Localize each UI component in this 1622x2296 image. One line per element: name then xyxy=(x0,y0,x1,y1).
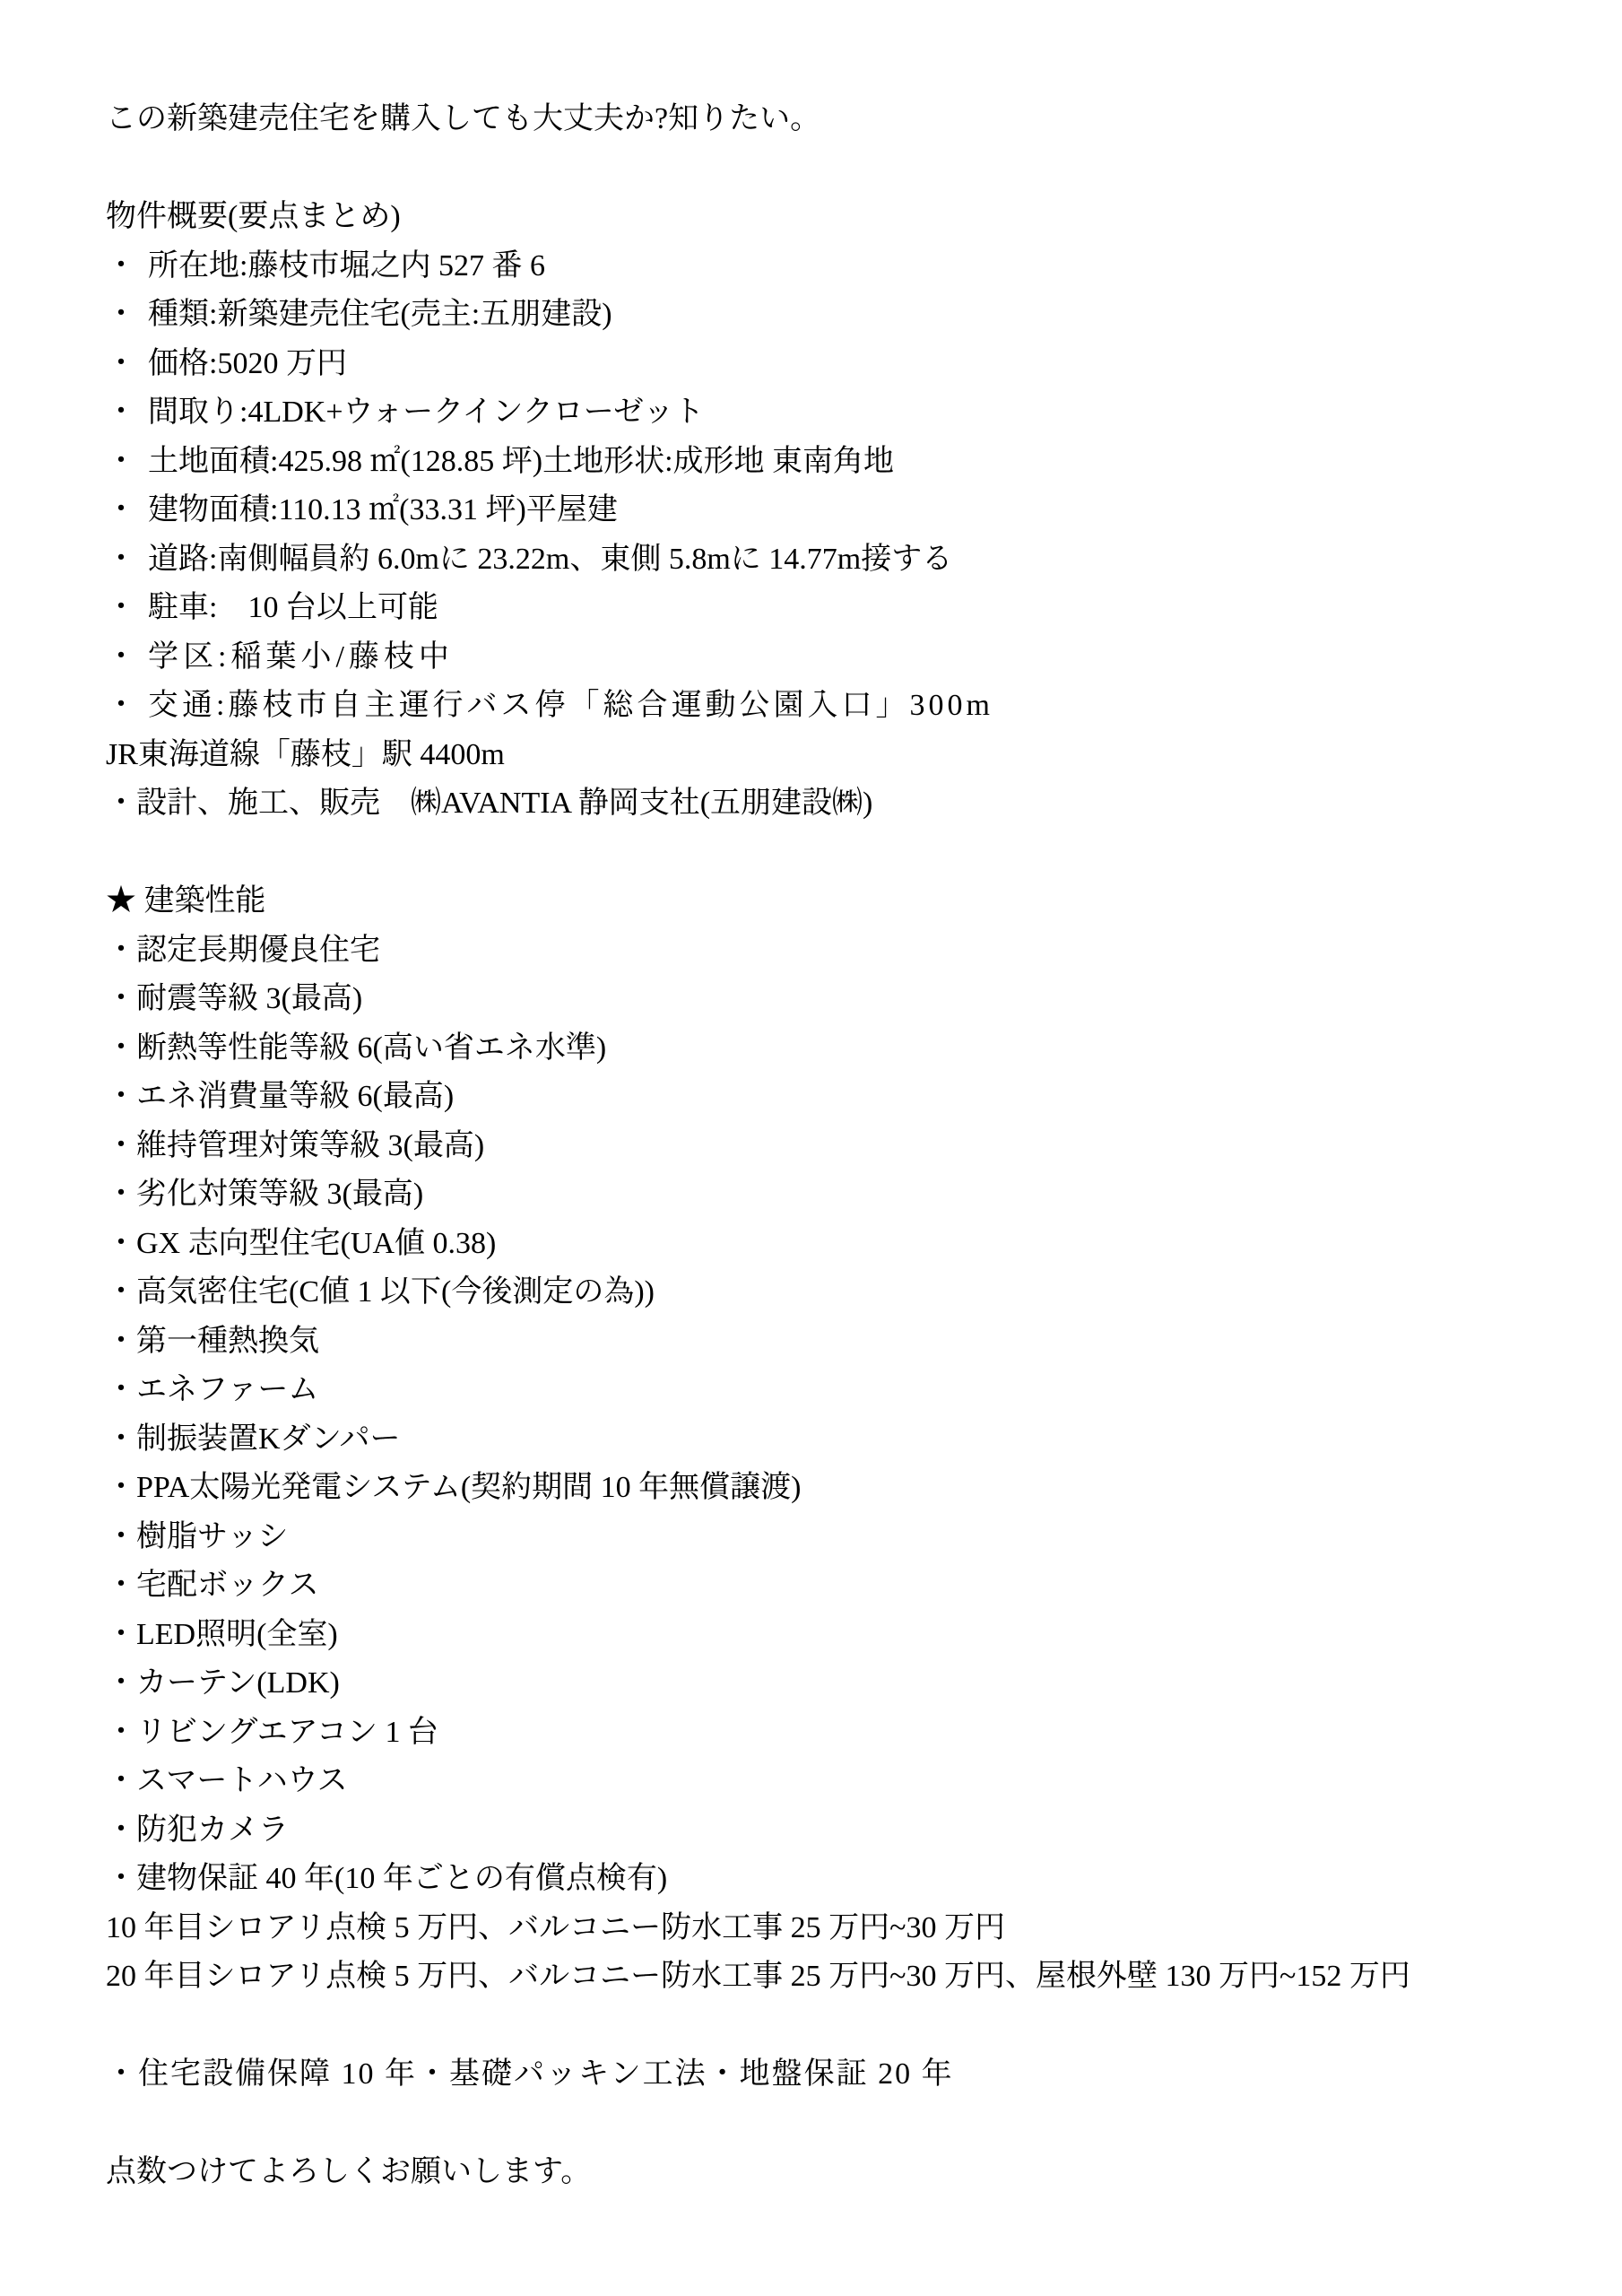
performance-item-resin-sash: ・ 樹脂サッシ xyxy=(106,1513,1568,1562)
bullet-icon: ・ xyxy=(106,1170,136,1220)
bullet-icon: ・ xyxy=(106,584,148,633)
summary-item-text: 価格:5020 万円 xyxy=(148,340,347,389)
summary-item-text: 土地面積:425.98 ㎡(128.85 坪)土地形状:成形地 東南角地 xyxy=(148,438,894,487)
builder-text: 設計、施工、販売 ㈱AVANTIA 静岡支社(五朋建設㈱) xyxy=(136,779,872,829)
performance-item-text: 高気密住宅(C値 1 以下(今後測定の為)) xyxy=(136,1268,655,1318)
blank-line xyxy=(106,2100,1568,2149)
bullet-icon: ・ xyxy=(106,926,136,976)
bullet-icon: ・ xyxy=(106,682,148,731)
warranty-line: ・ 住宅設備保障 10 年・基礎パッキン工法・地盤保証 20 年 xyxy=(106,2050,1568,2100)
performance-item-enefarm: ・ エネファーム xyxy=(106,1366,1568,1415)
performance-item-text: エネファーム xyxy=(136,1366,318,1415)
performance-item-led-lighting: ・ LED照明(全室) xyxy=(106,1611,1568,1660)
bullet-icon: ・ xyxy=(106,438,148,487)
performance-item-text: 劣化対策等級 3(最高) xyxy=(136,1170,423,1220)
performance-item-text: 宅配ボックス xyxy=(136,1561,319,1611)
bullet-icon: ・ xyxy=(106,779,136,829)
performance-item-living-aircon: ・ リビングエアコン 1 台 xyxy=(106,1709,1568,1758)
bullet-icon: ・ xyxy=(106,975,136,1024)
performance-item-text: スマートハウス xyxy=(136,1757,348,1806)
bullet-icon: ・ xyxy=(106,1122,136,1171)
bullet-icon: ・ xyxy=(106,1268,136,1318)
intro-line: この新築建売住宅を購入しても大丈夫か?知りたい。 xyxy=(106,95,1568,144)
performance-item-security-camera: ・ 防犯カメラ xyxy=(106,1806,1568,1856)
bullet-icon: ・ xyxy=(106,1709,136,1758)
performance-item-smart-house: ・ スマートハウス xyxy=(106,1757,1568,1806)
performance-item-text: GX 志向型住宅(UA値 0.38) xyxy=(136,1220,496,1269)
performance-item-airtight-house: ・ 高気密住宅(C値 1 以下(今後測定の為)) xyxy=(106,1268,1568,1318)
performance-item-ventilation: ・ 第一種熱換気 xyxy=(106,1318,1568,1367)
maintenance-cost-line-20y: 20 年目シロアリ点検 5 万円、バルコニー防水工事 25 万円~30 万円、屋… xyxy=(106,1952,1568,2002)
performance-item-text: 第一種熱換気 xyxy=(136,1318,319,1367)
performance-item-text: 認定長期優良住宅 xyxy=(136,926,380,976)
bullet-icon: ・ xyxy=(106,291,148,340)
summary-item-text: 駐車: 10 台以上可能 xyxy=(148,584,438,633)
blank-line xyxy=(106,2002,1568,2051)
performance-item-building-warranty: ・ 建物保証 40 年(10 年ごとの有償点検有) xyxy=(106,1855,1568,1904)
bullet-icon: ・ xyxy=(106,1073,136,1122)
performance-item-insulation-grade: ・ 断熱等性能等級 6(高い省エネ水準) xyxy=(106,1024,1568,1074)
bullet-icon: ・ xyxy=(106,1855,136,1904)
bullet-icon: ・ xyxy=(106,1561,136,1611)
bullet-icon: ・ xyxy=(106,1024,136,1074)
blank-line xyxy=(106,144,1568,194)
bullet-icon: ・ xyxy=(106,1757,136,1806)
summary-item-land-area: ・ 土地面積:425.98 ㎡(128.85 坪)土地形状:成形地 東南角地 xyxy=(106,438,1568,487)
performance-item-text: 維持管理対策等級 3(最高) xyxy=(136,1122,484,1171)
station-access-line: JR東海道線「藤枝」駅 4400m xyxy=(106,731,1568,780)
summary-item-type: ・ 種類:新築建売住宅(売主:五朋建設) xyxy=(106,291,1568,340)
performance-item-text: カーテン(LDK) xyxy=(136,1659,340,1709)
summary-item-price: ・ 価格:5020 万円 xyxy=(106,340,1568,389)
summary-item-text: 所在地:藤枝市堀之内 527 番 6 xyxy=(148,242,545,291)
summary-item-location: ・ 所在地:藤枝市堀之内 527 番 6 xyxy=(106,242,1568,291)
summary-item-text: 交通:藤枝市自主運行バス停「総合運動公園入口」300m xyxy=(148,682,993,731)
bullet-icon: ・ xyxy=(106,1659,136,1709)
maintenance-cost-line-10y: 10 年目シロアリ点検 5 万円、バルコニー防水工事 25 万円~30 万円 xyxy=(106,1904,1568,1953)
performance-item-seismic-grade: ・ 耐震等級 3(最高) xyxy=(106,975,1568,1024)
performance-item-text: リビングエアコン 1 台 xyxy=(136,1709,438,1758)
performance-item-text: 断熱等性能等級 6(高い省エネ水準) xyxy=(136,1024,606,1074)
performance-item-certified-long-term-house: ・ 認定長期優良住宅 xyxy=(106,926,1568,976)
bullet-icon: ・ xyxy=(106,340,148,389)
bullet-icon: ・ xyxy=(106,1318,136,1367)
bullet-icon: ・ xyxy=(106,1220,136,1269)
bullet-icon: ・ xyxy=(106,1611,136,1660)
performance-item-gx-house: ・ GX 志向型住宅(UA値 0.38) xyxy=(106,1220,1568,1269)
bullet-icon: ・ xyxy=(106,1806,136,1856)
performance-item-ppa-solar: ・ PPA太陽光発電システム(契約期間 10 年無償譲渡) xyxy=(106,1464,1568,1513)
performance-item-text: 耐震等級 3(最高) xyxy=(136,975,362,1024)
bullet-icon: ・ xyxy=(106,2050,138,2100)
summary-item-text: 学区:稲葉小/藤枝中 xyxy=(148,633,454,683)
performance-item-k-damper: ・ 制振装置Kダンパー xyxy=(106,1415,1568,1465)
performance-item-delivery-box: ・ 宅配ボックス xyxy=(106,1561,1568,1611)
summary-item-text: 間取り:4LDK+ウォークインクローゼット xyxy=(148,388,704,438)
bullet-icon: ・ xyxy=(106,1366,136,1415)
performance-item-text: 樹脂サッシ xyxy=(136,1513,288,1562)
performance-item-curtains: ・ カーテン(LDK) xyxy=(106,1659,1568,1709)
performance-item-text: LED照明(全室) xyxy=(136,1611,338,1660)
bullet-icon: ・ xyxy=(106,535,148,585)
performance-heading: ★ 建築性能 xyxy=(106,877,1568,926)
performance-item-text: 防犯カメラ xyxy=(136,1806,289,1856)
performance-item-text: エネ消費量等級 6(最高) xyxy=(136,1073,454,1122)
summary-item-road: ・ 道路:南側幅員約 6.0mに 23.22m、東側 5.8mに 14.77m接… xyxy=(106,535,1568,585)
document-page: この新築建売住宅を購入しても大丈夫か?知りたい。 物件概要(要点まとめ) ・ 所… xyxy=(0,0,1622,2296)
bullet-icon: ・ xyxy=(106,1464,136,1513)
performance-item-deterioration-grade: ・ 劣化対策等級 3(最高) xyxy=(106,1170,1568,1220)
bullet-icon: ・ xyxy=(106,633,148,683)
summary-item-school-district: ・ 学区:稲葉小/藤枝中 xyxy=(106,633,1568,683)
performance-item-text: 制振装置Kダンパー xyxy=(136,1415,401,1465)
summary-item-text: 種類:新築建売住宅(売主:五朋建設) xyxy=(148,291,612,340)
bullet-icon: ・ xyxy=(106,1513,136,1562)
summary-item-floorplan: ・ 間取り:4LDK+ウォークインクローゼット xyxy=(106,388,1568,438)
bullet-icon: ・ xyxy=(106,1415,136,1465)
performance-item-text: 建物保証 40 年(10 年ごとの有償点検有) xyxy=(136,1855,667,1904)
warranty-text: 住宅設備保障 10 年・基礎パッキン工法・地盤保証 20 年 xyxy=(138,2050,954,2100)
summary-heading: 物件概要(要点まとめ) xyxy=(106,193,1568,242)
summary-item-parking: ・ 駐車: 10 台以上可能 xyxy=(106,584,1568,633)
bullet-icon: ・ xyxy=(106,388,148,438)
summary-item-transport: ・ 交通:藤枝市自主運行バス停「総合運動公園入口」300m xyxy=(106,682,1568,731)
summary-item-building-area: ・ 建物面積:110.13 ㎡(33.31 坪)平屋建 xyxy=(106,486,1568,535)
performance-item-energy-consumption-grade: ・ エネ消費量等級 6(最高) xyxy=(106,1073,1568,1122)
bullet-icon: ・ xyxy=(106,486,148,535)
performance-item-text: PPA太陽光発電システム(契約期間 10 年無償譲渡) xyxy=(136,1464,802,1513)
bullet-icon: ・ xyxy=(106,242,148,291)
blank-line xyxy=(106,829,1568,878)
summary-item-text: 道路:南側幅員約 6.0mに 23.22m、東側 5.8mに 14.77m接する xyxy=(148,535,952,585)
builder-line: ・ 設計、施工、販売 ㈱AVANTIA 静岡支社(五朋建設㈱) xyxy=(106,779,1568,829)
summary-item-text: 建物面積:110.13 ㎡(33.31 坪)平屋建 xyxy=(148,486,618,535)
closing-line: 点数つけてよろしくお願いします。 xyxy=(106,2148,1568,2197)
performance-item-maintenance-grade: ・ 維持管理対策等級 3(最高) xyxy=(106,1122,1568,1171)
